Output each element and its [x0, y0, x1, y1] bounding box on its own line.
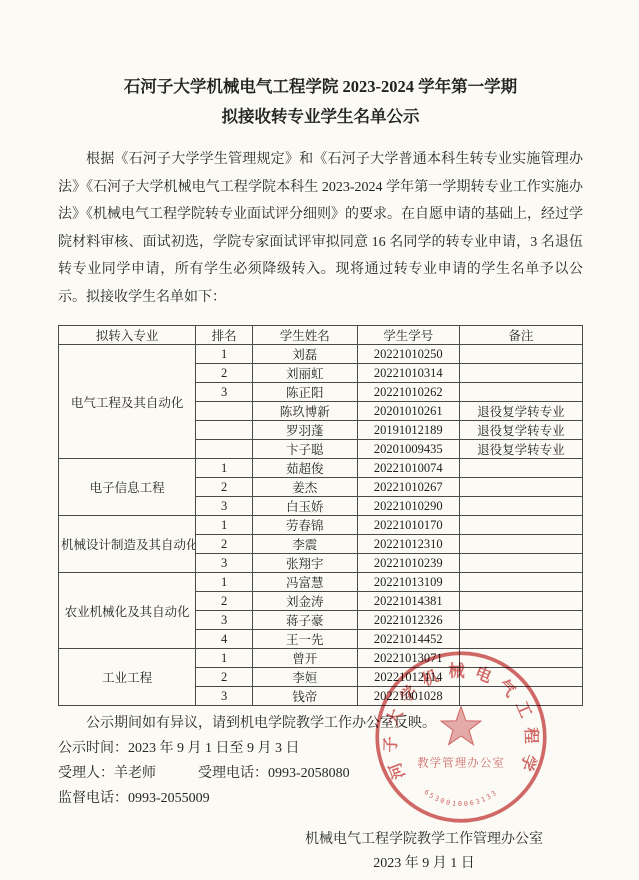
student-id-cell: 20221010074 [357, 459, 459, 478]
rank-cell [196, 402, 253, 421]
note-cell [459, 478, 582, 497]
major-cell: 工业工程 [59, 649, 196, 706]
title-line-1: 石河子大学机械电气工程学院 2023-2024 学年第一学期 [58, 72, 583, 102]
rank-cell: 3 [196, 497, 253, 516]
student-name-cell: 罗羽蓬 [252, 421, 357, 440]
student-id-cell: 20221010262 [357, 383, 459, 402]
transfer-table-body: 电气工程及其自动化1刘磊202210102502刘丽虹202210103143陈… [59, 345, 583, 706]
rank-cell: 2 [196, 668, 253, 687]
student-name-cell: 陈玖博新 [252, 402, 357, 421]
student-name-cell: 姜杰 [252, 478, 357, 497]
page-title: 石河子大学机械电气工程学院 2023-2024 学年第一学期 拟接收转专业学生名… [58, 72, 583, 132]
title-line-2: 拟接收转专业学生名单公示 [58, 102, 583, 132]
major-cell: 机械设计制造及其自动化 [59, 516, 196, 573]
signature-org: 机械电气工程学院教学工作管理办公室 [305, 828, 543, 852]
student-name-cell: 钱帝 [252, 687, 357, 706]
student-id-cell: 20191012189 [357, 421, 459, 440]
table-row: 机械设计制造及其自动化1劳春锦20221010170 [59, 516, 583, 535]
student-id-cell: 20221010267 [357, 478, 459, 497]
student-id-cell: 20221012114 [357, 668, 459, 687]
note-cell [459, 516, 582, 535]
note-cell: 退役复学转专业 [459, 440, 582, 459]
rank-cell: 3 [196, 611, 253, 630]
student-id-cell: 20221012310 [357, 535, 459, 554]
major-cell: 电子信息工程 [59, 459, 196, 516]
note-cell [459, 345, 582, 364]
note-cell [459, 649, 582, 668]
handler-name: 受理人：羊老师 [58, 766, 156, 781]
student-name-cell: 劳春锦 [252, 516, 357, 535]
note-cell [459, 364, 582, 383]
note-cell [459, 687, 582, 706]
note-cell [459, 611, 582, 630]
student-name-cell: 刘金涛 [252, 592, 357, 611]
major-cell: 农业机械化及其自动化 [59, 573, 196, 649]
major-cell: 电气工程及其自动化 [59, 345, 196, 459]
student-name-cell: 曾开 [252, 649, 357, 668]
rank-cell: 1 [196, 649, 253, 668]
student-id-cell: 20221014452 [357, 630, 459, 649]
notice-page: 石河子大学机械电气工程学院 2023-2024 学年第一学期 拟接收转专业学生名… [0, 0, 639, 880]
student-name-cell: 李震 [252, 535, 357, 554]
student-id-cell: 20201010261 [357, 402, 459, 421]
student-name-cell: 白玉娇 [252, 497, 357, 516]
table-row: 电气工程及其自动化1刘磊20221010250 [59, 345, 583, 364]
table-row: 工业工程1曾开20221013071 [59, 649, 583, 668]
rank-cell: 2 [196, 478, 253, 497]
student-id-cell: 20221001028 [357, 687, 459, 706]
student-id-cell: 20221014381 [357, 592, 459, 611]
column-header-0: 拟转入专业 [59, 326, 196, 345]
note-cell [459, 497, 582, 516]
note-cell [459, 573, 582, 592]
feedback-line: 公示期间如有异议，请到机电学院教学工作办公室反映。 [58, 711, 583, 736]
student-id-cell: 20221012326 [357, 611, 459, 630]
table-row: 农业机械化及其自动化1冯富慧20221013109 [59, 573, 583, 592]
publicity-period-line: 公示时间：2023 年 9 月 1 日至 9 月 3 日 [58, 736, 583, 761]
handler-line: 受理人：羊老师受理电话：0993-2058080 [58, 761, 583, 786]
rank-cell: 1 [196, 345, 253, 364]
rank-cell: 2 [196, 364, 253, 383]
student-name-cell: 王一先 [252, 630, 357, 649]
signature-block: 机械电气工程学院教学工作管理办公室 2023 年 9 月 1 日 [305, 828, 543, 876]
rank-cell: 2 [196, 535, 253, 554]
rank-cell: 3 [196, 554, 253, 573]
rank-cell: 1 [196, 459, 253, 478]
footer-block: 公示期间如有异议，请到机电学院教学工作办公室反映。 公示时间：2023 年 9 … [58, 711, 583, 811]
note-cell [459, 554, 582, 573]
handler-phone: 受理电话：0993-2058080 [198, 766, 350, 781]
note-cell [459, 535, 582, 554]
student-name-cell: 茹超俊 [252, 459, 357, 478]
student-name-cell: 刘丽虹 [252, 364, 357, 383]
student-name-cell: 蒋子豪 [252, 611, 357, 630]
rank-cell: 1 [196, 573, 253, 592]
rank-cell [196, 440, 253, 459]
note-cell: 退役复学转专业 [459, 421, 582, 440]
note-cell [459, 592, 582, 611]
rank-cell: 3 [196, 687, 253, 706]
note-cell [459, 630, 582, 649]
student-name-cell: 李姮 [252, 668, 357, 687]
rank-cell: 1 [196, 516, 253, 535]
column-header-3: 学生学号 [357, 326, 459, 345]
supervise-phone-line: 监督电话：0993-2055009 [58, 786, 583, 811]
table-row: 电子信息工程1茹超俊20221010074 [59, 459, 583, 478]
transfer-student-table: 拟转入专业排名学生姓名学生学号备注 电气工程及其自动化1刘磊2022101025… [58, 325, 583, 706]
table-header-row: 拟转入专业排名学生姓名学生学号备注 [59, 326, 583, 345]
student-name-cell: 卞子聪 [252, 440, 357, 459]
student-id-cell: 20221010250 [357, 345, 459, 364]
column-header-2: 学生姓名 [252, 326, 357, 345]
rank-cell: 4 [196, 630, 253, 649]
student-name-cell: 冯富慧 [252, 573, 357, 592]
column-header-4: 备注 [459, 326, 582, 345]
note-cell [459, 668, 582, 687]
student-name-cell: 张翔宇 [252, 554, 357, 573]
note-cell: 退役复学转专业 [459, 402, 582, 421]
student-id-cell: 20221010170 [357, 516, 459, 535]
student-id-cell: 20221013071 [357, 649, 459, 668]
student-name-cell: 刘磊 [252, 345, 357, 364]
rank-cell [196, 421, 253, 440]
student-id-cell: 20221010239 [357, 554, 459, 573]
intro-paragraph: 根据《石河子大学学生管理规定》和《石河子大学普通本科生转专业实施管理办法》《石河… [58, 146, 583, 311]
student-id-cell: 20221010290 [357, 497, 459, 516]
student-id-cell: 20221013109 [357, 573, 459, 592]
signature-date: 2023 年 9 月 1 日 [305, 852, 543, 876]
column-header-1: 排名 [196, 326, 253, 345]
student-name-cell: 陈正阳 [252, 383, 357, 402]
student-id-cell: 20201009435 [357, 440, 459, 459]
note-cell [459, 383, 582, 402]
rank-cell: 2 [196, 592, 253, 611]
note-cell [459, 459, 582, 478]
rank-cell: 3 [196, 383, 253, 402]
student-id-cell: 20221010314 [357, 364, 459, 383]
